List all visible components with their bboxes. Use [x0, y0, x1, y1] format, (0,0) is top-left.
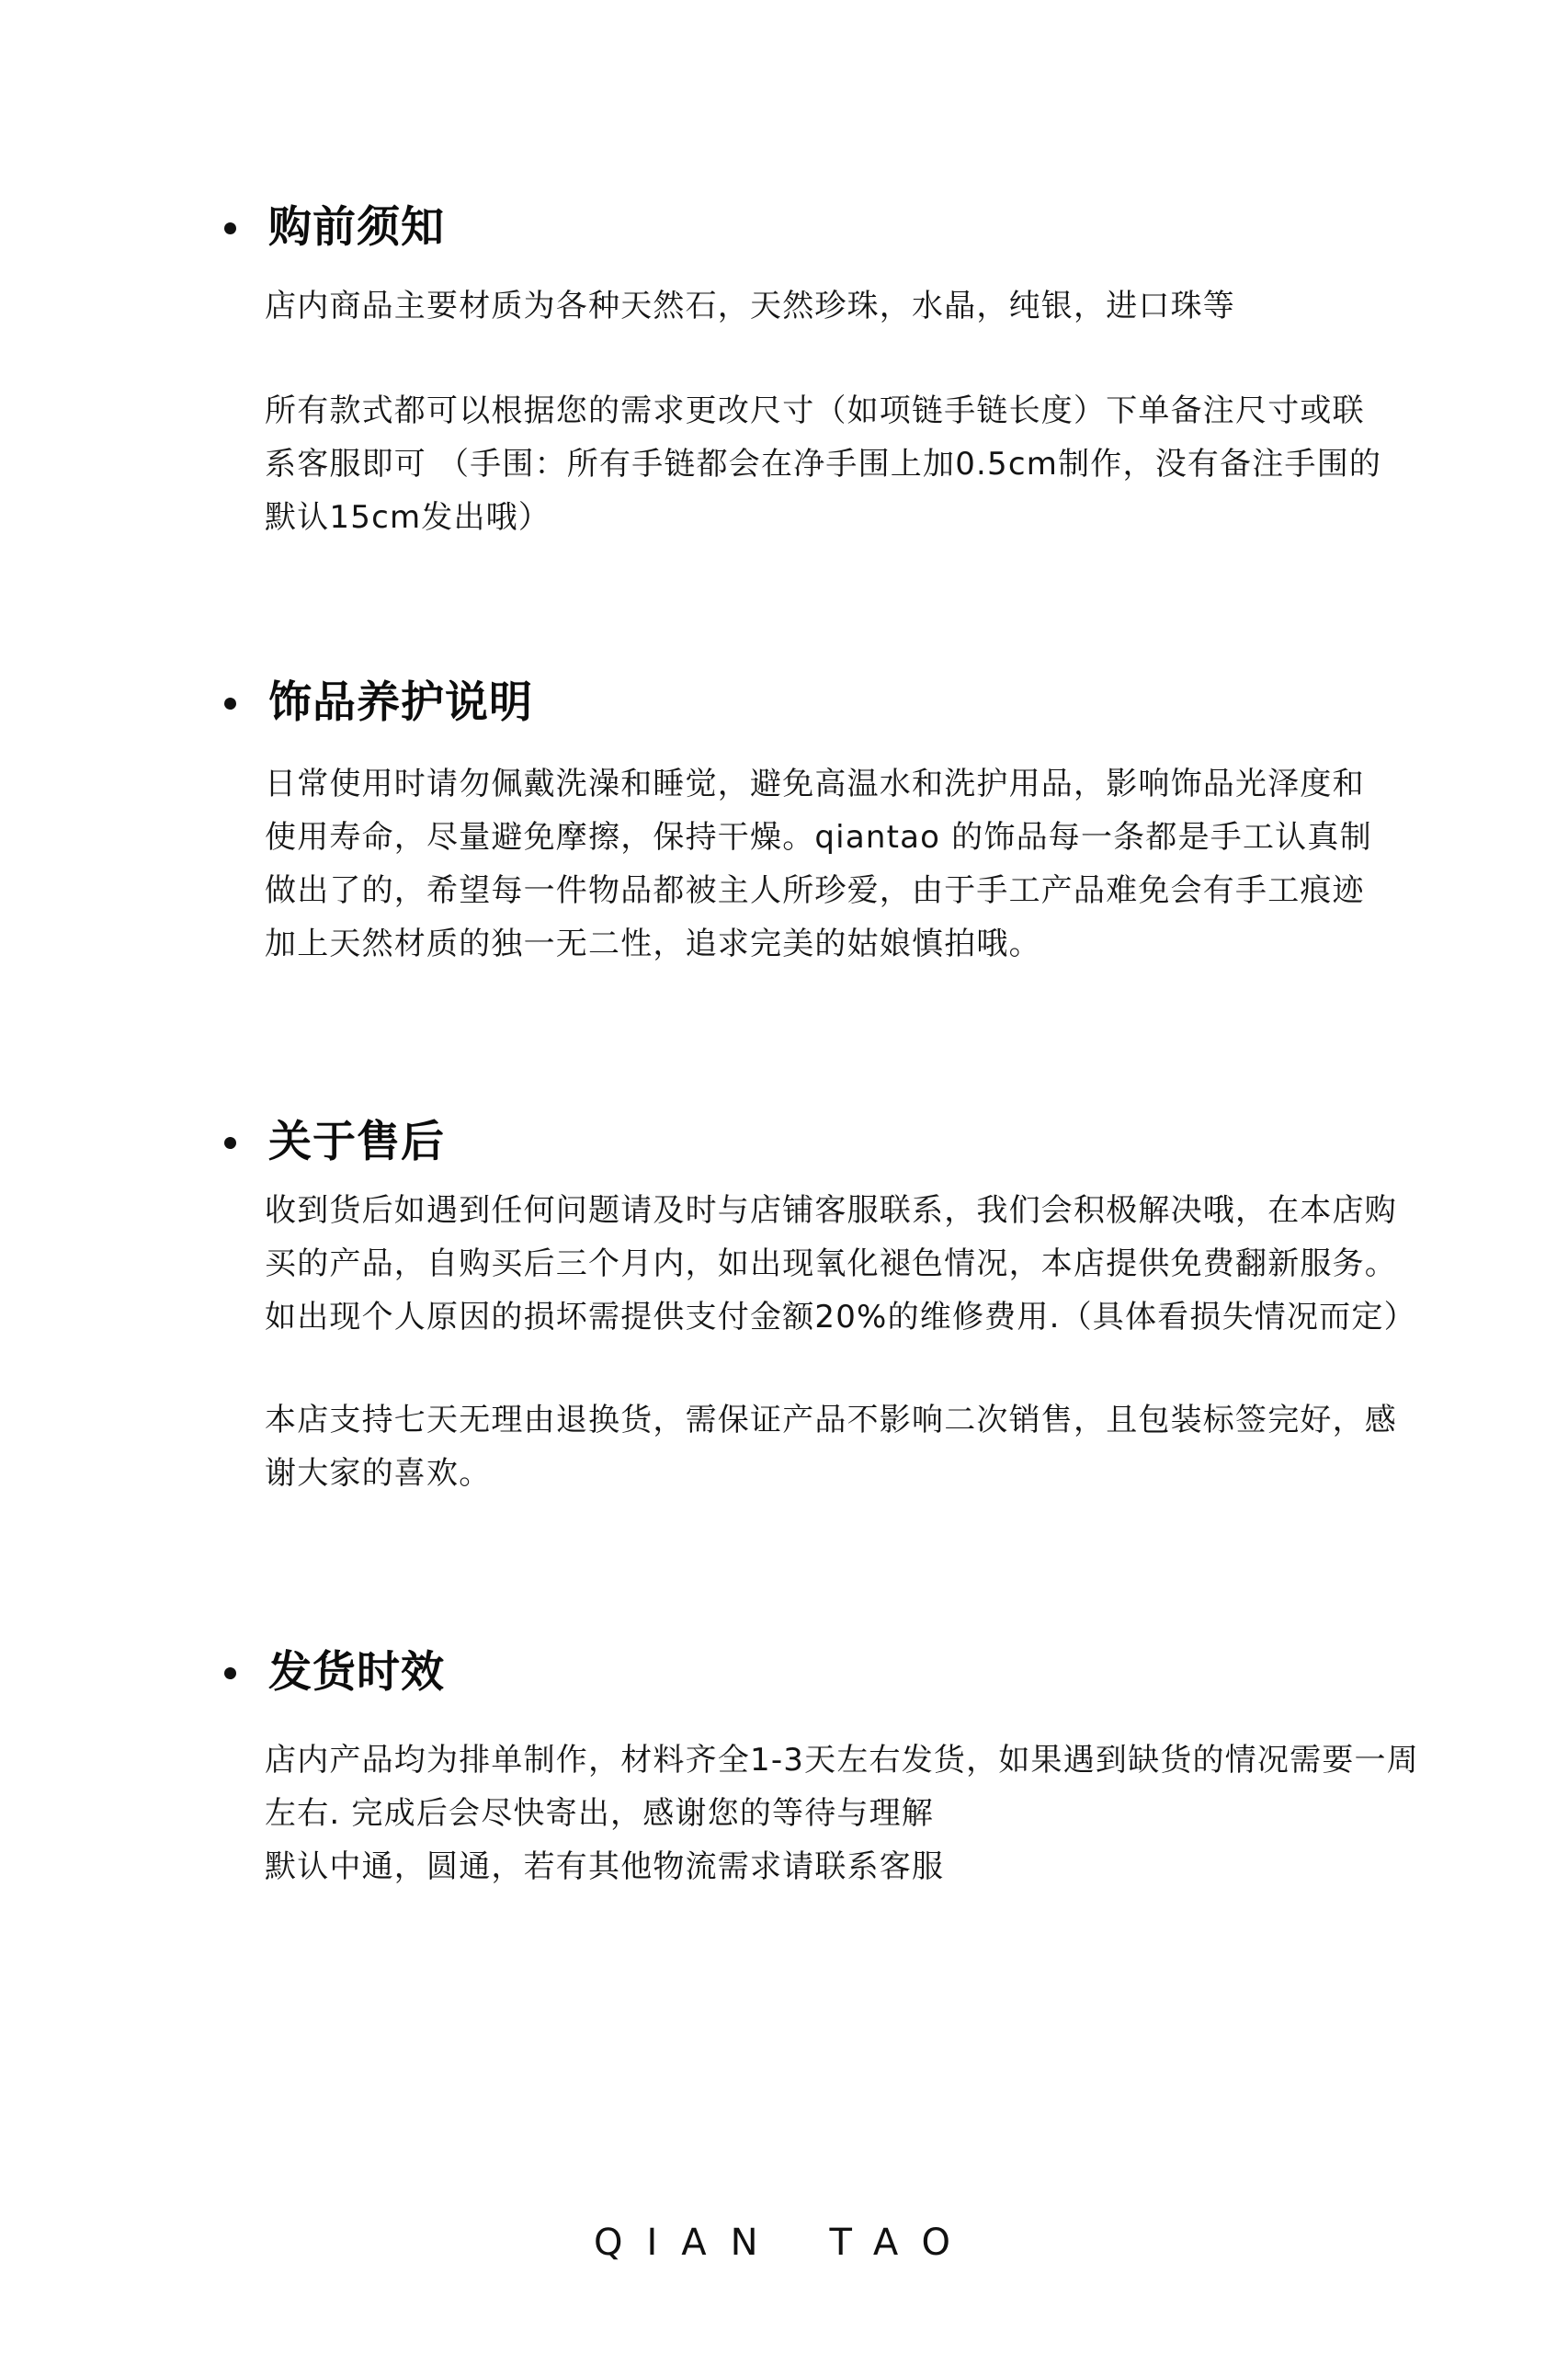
- section-heading: 关于售后: [213, 1115, 445, 1170]
- heading-text: 饰品养护说明: [268, 676, 533, 731]
- body-line: 左右. 完成后会尽快寄出，感谢您的等待与理解: [265, 1787, 934, 1840]
- brand-word-tao: TAO: [830, 2215, 974, 2270]
- body-line: 所有款式都可以根据您的需求更改尺寸（如项链手链长度）下单备注尺寸或联: [265, 384, 1365, 438]
- body-line: 使用寿命，尽量避免摩擦，保持干燥。qiantao 的饰品每一条都是手工认真制: [265, 811, 1372, 864]
- section-heading: 饰品养护说明: [213, 676, 533, 731]
- body-line: 收到货后如遇到任何问题请及时与店铺客服联系，我们会积极解决哦，在本店购: [265, 1184, 1397, 1237]
- section-heading: 发货时效: [213, 1645, 445, 1700]
- body-line: 买的产品，自购买后三个月内，如出现氧化褪色情况，本店提供免费翻新服务。: [265, 1237, 1397, 1290]
- body-line: 如出现个人原因的损坏需提供支付金额20%的维修费用.（具体看损失情况而定）: [265, 1290, 1416, 1344]
- body-line: 日常使用时请勿佩戴洗澡和睡觉，避免高温水和洗护用品，影响饰品光泽度和: [265, 757, 1365, 811]
- body-line: 店内产品均为排单制作，材料齐全1-3天左右发货，如果遇到缺货的情况需要一周: [265, 1733, 1419, 1787]
- heading-text: 购前须知: [268, 200, 445, 256]
- heading-text: 关于售后: [268, 1115, 445, 1170]
- body-line: 系客服即可 （手围：所有手链都会在净手围上加0.5cm制作，没有备注手围的: [265, 438, 1381, 491]
- body-line: 加上天然材质的独一无二性，追求完美的姑娘慎拍哦。: [265, 917, 1041, 971]
- bullet-dot-icon: [224, 1667, 236, 1679]
- brand-logo: QIANTAO: [0, 2215, 1568, 2270]
- section-heading: 购前须知: [213, 200, 445, 256]
- body-line: 默认中通，圆通，若有其他物流需求请联系客服: [265, 1840, 944, 1893]
- body-line: 默认15cm发出哦）: [265, 491, 551, 544]
- body-line: 做出了的，希望每一件物品都被主人所珍爱，由于手工产品难免会有手工痕迹: [265, 864, 1365, 917]
- bullet-dot-icon: [224, 222, 236, 234]
- body-line: 谢大家的喜欢。: [265, 1447, 491, 1500]
- bullet-dot-icon: [224, 1137, 236, 1149]
- brand-word-qian: QIAN: [594, 2215, 782, 2270]
- bullet-dot-icon: [224, 698, 236, 710]
- body-line: 店内商品主要材质为各种天然石，天然珍珠，水晶，纯银，进口珠等: [265, 279, 1235, 333]
- body-line: 本店支持七天无理由退换货，需保证产品不影响二次销售，且包装标签完好，感: [265, 1393, 1397, 1447]
- heading-text: 发货时效: [268, 1645, 445, 1700]
